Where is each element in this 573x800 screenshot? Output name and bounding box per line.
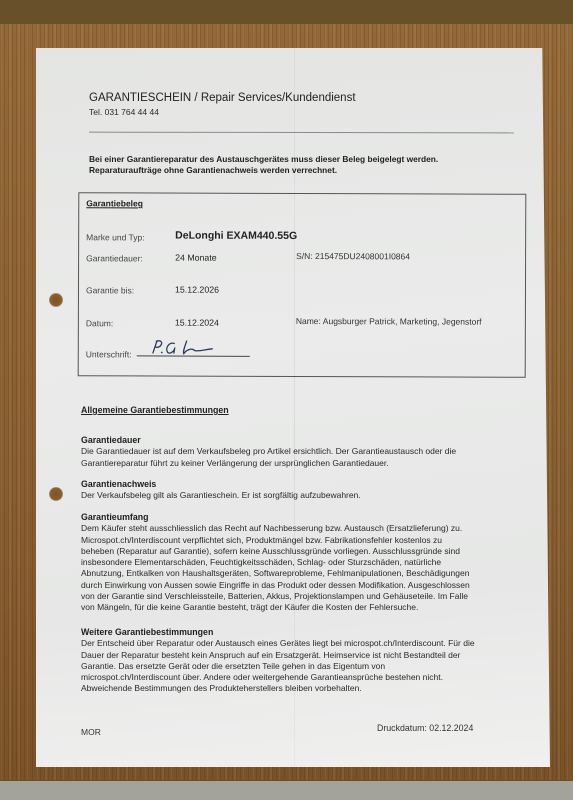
receipt-title: Garantiebeleg	[86, 198, 143, 208]
terms-section-proof: Garantienachweis Der Verkaufsbeleg gilt …	[81, 479, 556, 502]
section-line: Microspot.ch/Interdiscount verpflichtet …	[81, 535, 556, 546]
section-line: Der Entscheid über Reparatur oder Austau…	[81, 638, 556, 649]
section-title: Garantiedauer	[81, 435, 556, 446]
section-line: Garantiereparatur führt zu keiner Verlän…	[81, 458, 556, 469]
section-line: microspot.ch/Interdiscount über. Andere …	[81, 672, 556, 683]
handwritten-signature	[147, 338, 247, 356]
notice-line: Reparaturaufträge ohne Garantienachweis …	[89, 165, 438, 176]
section-line: Garantie. Das ersetzte Gerät oder die er…	[81, 661, 556, 672]
terms-section-further: Weitere Garantiebestimmungen Der Entsche…	[81, 627, 556, 695]
warranty-duration-value: 24 Monate	[175, 253, 217, 263]
warranty-receipt-box: Garantiebeleg Marke und Typ: DeLonghi EX…	[78, 192, 527, 378]
header-divider	[89, 132, 514, 134]
section-title: Garantieumfang	[81, 512, 556, 523]
notice-line: Bei einer Garantiereparatur des Austausc…	[89, 154, 438, 165]
document-title: GARANTIESCHEIN / Repair Services/Kundend…	[89, 92, 356, 104]
phone-number: Tel. 031 764 44 44	[89, 107, 159, 117]
section-line: von Mängeln, für die keine Garantie best…	[81, 602, 556, 613]
section-line: von der Garantie sind Verschleissteile, …	[81, 591, 556, 602]
signature-label: Unterschrift:	[86, 349, 132, 359]
punch-hole-icon	[49, 293, 63, 307]
terms-section-duration: Garantiedauer Die Garantiedauer ist auf …	[81, 435, 556, 469]
date-label: Datum:	[86, 318, 113, 328]
section-line: beheben (Reparatur auf Garantie), sofern…	[81, 546, 556, 557]
terms-heading: Allgemeine Garantiebestimmungen	[81, 405, 229, 415]
section-title: Weitere Garantiebestimmungen	[81, 627, 556, 638]
brand-type-label: Marke und Typ:	[86, 232, 144, 242]
customer-name: Name: Augsburger Patrick, Marketing, Jeg…	[296, 316, 482, 327]
bottom-background-band	[0, 781, 573, 800]
section-line: Dauer der Reparatur besteht kein Anspruc…	[81, 650, 556, 661]
print-date: Druckdatum: 02.12.2024	[377, 723, 473, 733]
section-line: Dem Käufer steht ausschliesslich das Rec…	[81, 523, 556, 534]
section-line: durch Einwirkung von Aussen sowie Eingri…	[81, 580, 556, 591]
serial-number: S/N: 215475DU2408001I0864	[296, 251, 410, 261]
signature-line	[137, 355, 250, 356]
date-value: 15.12.2024	[175, 318, 219, 328]
top-background-band	[0, 0, 573, 24]
warranty-until-label: Garantie bis:	[86, 285, 134, 295]
brand-type-value: DeLonghi EXAM440.55G	[175, 230, 297, 242]
footer-code: MOR	[81, 727, 101, 737]
warranty-until-value: 15.12.2026	[175, 285, 219, 295]
section-line: Die Garantiedauer ist auf dem Verkaufsbe…	[81, 446, 556, 457]
section-line: Der Verkaufsbeleg gilt als Garantieschei…	[81, 490, 556, 501]
warranty-document: GARANTIESCHEIN / Repair Services/Kundend…	[36, 48, 550, 767]
section-line: Abweichende Bestimmungen des Produkteher…	[81, 683, 556, 694]
section-line: Abnutzung, Entkalken von Haushaltsgeräte…	[81, 568, 556, 579]
warranty-duration-label: Garantiedauer:	[86, 253, 143, 263]
terms-section-scope: Garantieumfang Dem Käufer steht ausschli…	[81, 512, 556, 614]
section-title: Garantienachweis	[81, 479, 556, 490]
notice-text: Bei einer Garantiereparatur des Austausc…	[89, 154, 438, 176]
section-line: insbesondere Elementarschäden, Feuchtigk…	[81, 557, 556, 568]
punch-hole-icon	[49, 487, 63, 501]
